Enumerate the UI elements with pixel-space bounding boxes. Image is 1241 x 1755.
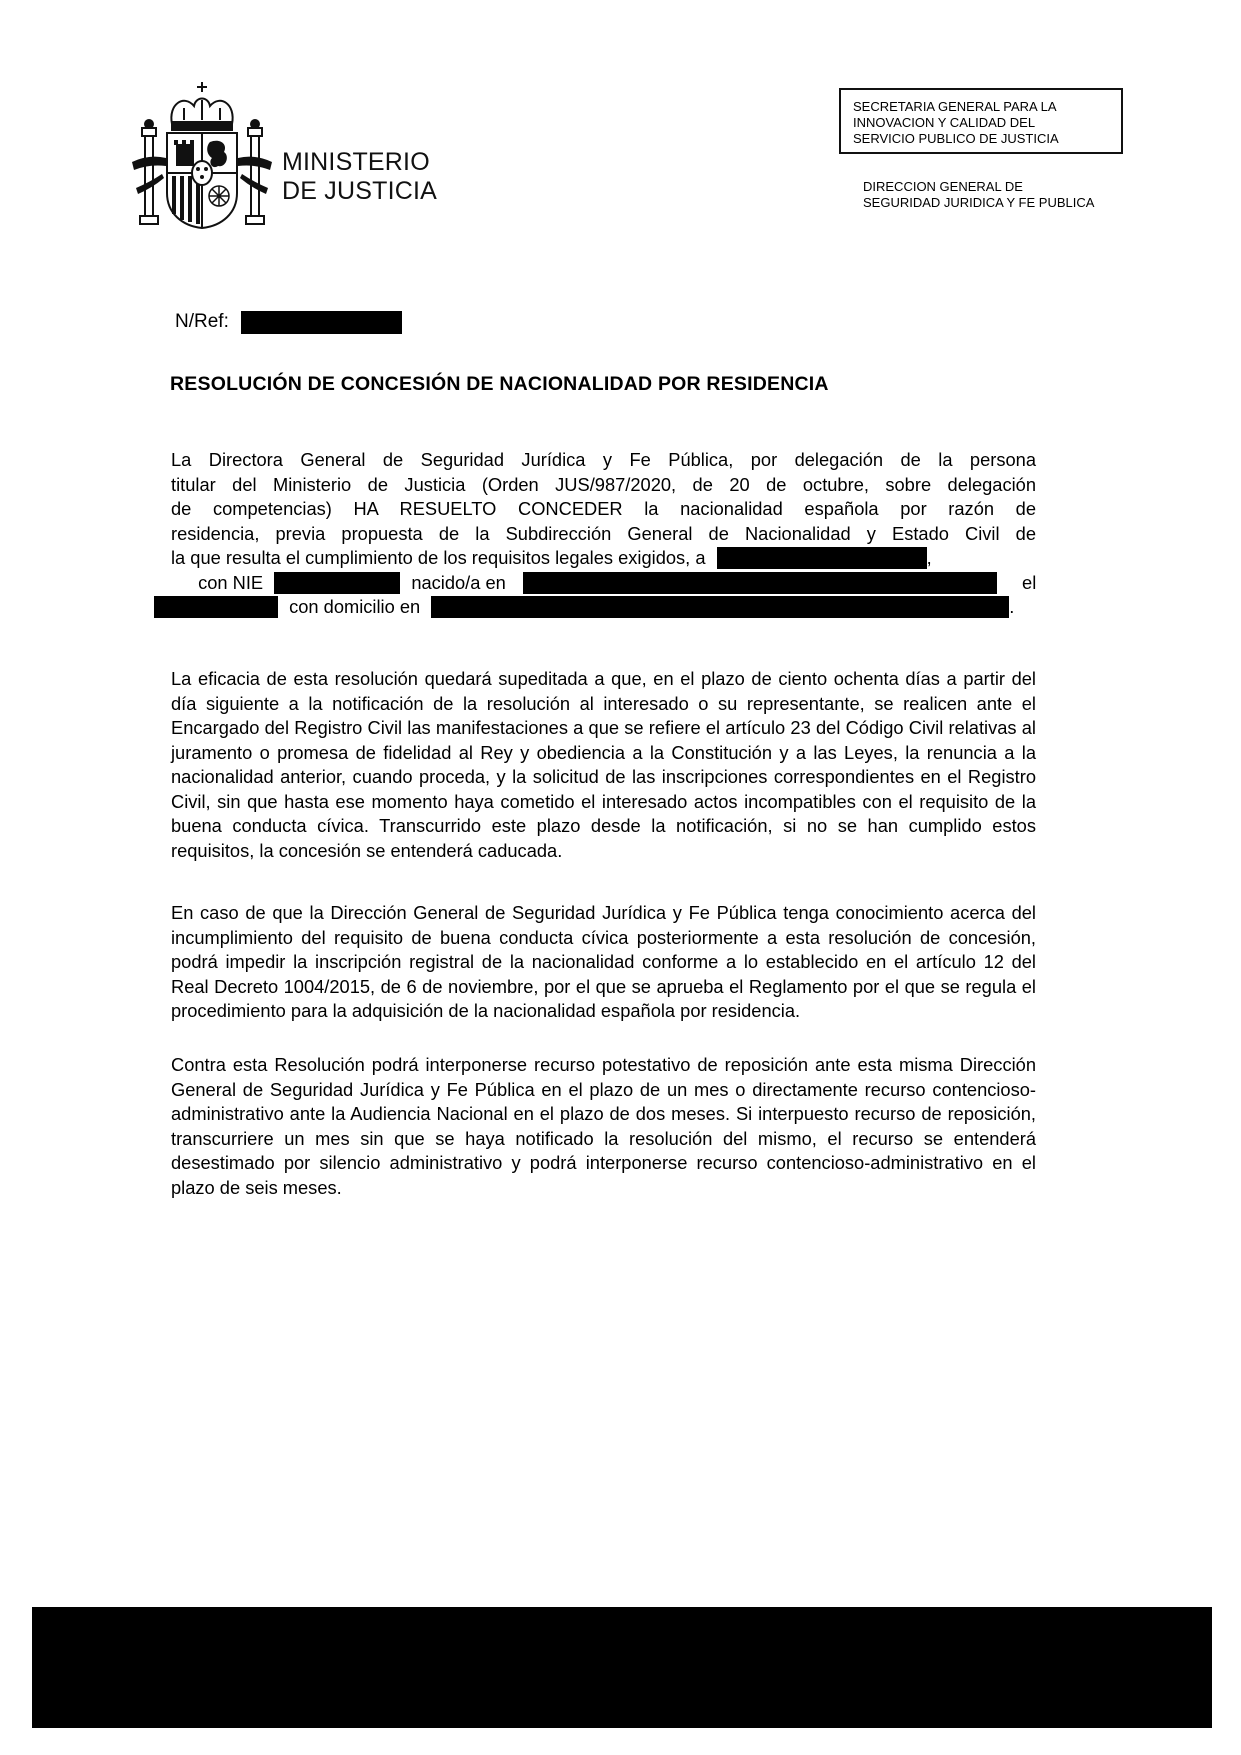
appeal-paragraph: Contra esta Resolución podrá interponers… [171, 1053, 1036, 1200]
paragraph1-line-5: la que resulta el cumplimiento de los re… [171, 546, 1036, 571]
nacido-label: nacido/a en [411, 572, 506, 593]
reference-redaction [241, 311, 402, 334]
con-nie-label: con NIE [198, 572, 263, 593]
spanish-coat-of-arms-icon [132, 78, 272, 233]
ministry-line-1: MINISTERIO [282, 148, 437, 177]
directorate-block: DIRECCION GENERAL DE SEGURIDAD JURIDICA … [863, 179, 1094, 211]
paragraph1-line-7: con domicilio en . [154, 595, 1036, 620]
document-title: RESOLUCIÓN DE CONCESIÓN DE NACIONALIDAD … [170, 373, 829, 396]
period: . [1009, 596, 1014, 617]
secretariat-line-1: SECRETARIA GENERAL PARA LA [853, 99, 1109, 115]
resolution-paragraph: La Directora General de Seguridad Jurídi… [171, 448, 1036, 620]
secretariat-line-3: SERVICIO PUBLICO DE JUSTICIA [853, 131, 1109, 147]
paragraph1-line-4: residencia, previa propuesta de la Subdi… [171, 522, 1036, 547]
domicilio-label: con domicilio en [289, 596, 420, 617]
efficacy-paragraph: La eficacia de esta resolución quedará s… [171, 667, 1036, 863]
nie-redaction [274, 572, 400, 594]
civic-conduct-paragraph: En caso de que la Dirección General de S… [171, 901, 1036, 1024]
paragraph1-line-5-text: la que resulta el cumplimiento de los re… [171, 547, 706, 568]
paragraph1-line-1: La Directora General de Seguridad Jurídi… [171, 448, 1036, 473]
secretariat-box: SECRETARIA GENERAL PARA LA INNOVACION Y … [839, 88, 1123, 154]
ministry-name: MINISTERIO DE JUSTICIA [282, 148, 437, 206]
birthdate-redaction [154, 596, 278, 618]
directorate-line-2: SEGURIDAD JURIDICA Y FE PUBLICA [863, 195, 1094, 211]
applicant-name-redaction [717, 547, 927, 569]
ministry-line-2: DE JUSTICIA [282, 177, 437, 206]
reference-label: N/Ref: [175, 311, 229, 333]
footer-redaction [32, 1607, 1212, 1728]
paragraph1-line-3: de competencias) HA RESUELTO CONCEDER la… [171, 497, 1036, 522]
birthplace-redaction [523, 572, 997, 594]
secretariat-line-2: INNOVACION Y CALIDAD DEL [853, 115, 1109, 131]
comma: , [927, 547, 932, 568]
paragraph1-line-2: titular del Ministerio de Justicia (Orde… [171, 473, 1036, 498]
paragraph1-line-6: con NIE nacido/a en el [171, 571, 1036, 596]
directorate-line-1: DIRECCION GENERAL DE [863, 179, 1094, 195]
el-label: el [1022, 572, 1036, 593]
address-redaction [431, 596, 1009, 618]
